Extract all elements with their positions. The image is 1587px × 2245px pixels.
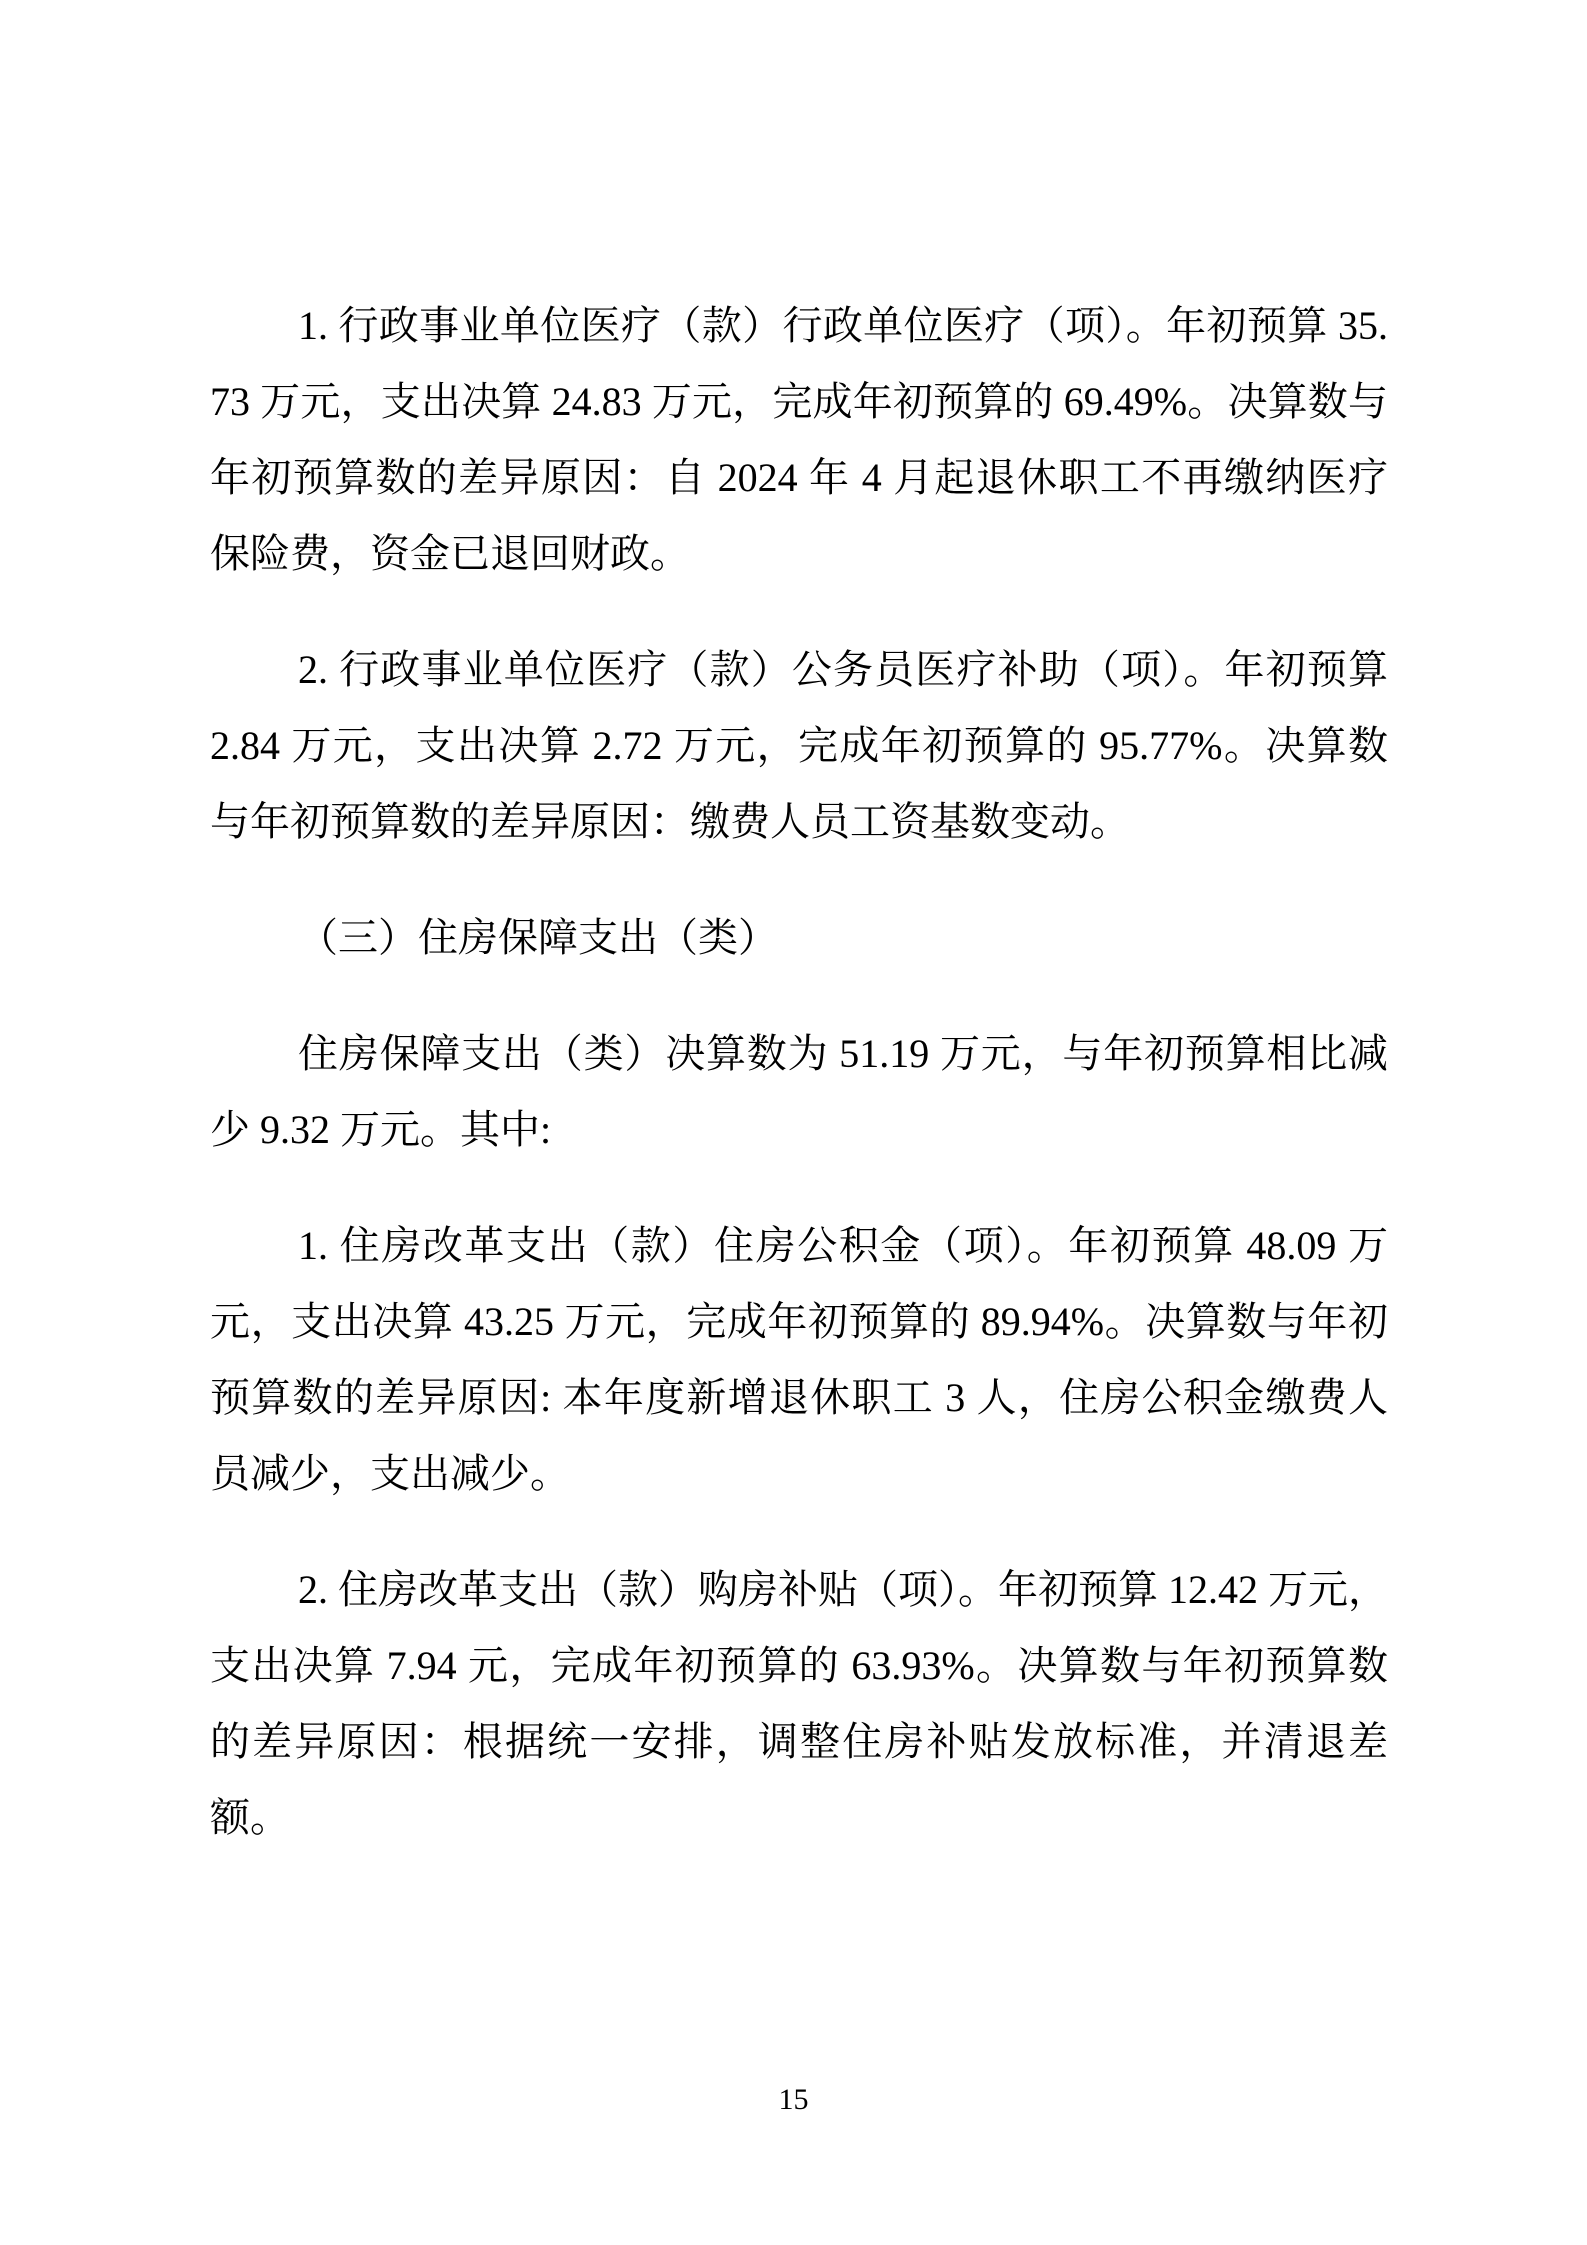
paragraph: 1. 住房改革支出（款）住房公积金（项）。年初预算 48.09 万元，支出决算 … bbox=[210, 1208, 1388, 1512]
page-number: 15 bbox=[0, 2082, 1587, 2118]
paragraph: 2. 行政事业单位医疗（款）公务员医疗补助（项）。年初预算 2.84 万元，支出… bbox=[210, 632, 1388, 860]
paragraph: 1. 行政事业单位医疗（款）行政单位医疗（项）。年初预算 35.73 万元，支出… bbox=[210, 288, 1388, 592]
paragraph: 住房保障支出（类）决算数为 51.19 万元，与年初预算相比减少 9.32 万元… bbox=[210, 1016, 1388, 1168]
paragraph: 2. 住房改革支出（款）购房补贴（项）。年初预算 12.42 万元，支出决算 7… bbox=[210, 1552, 1388, 1856]
document-page: 1. 行政事业单位医疗（款）行政单位医疗（项）。年初预算 35.73 万元，支出… bbox=[210, 0, 1388, 2245]
section-heading: （三）住房保障支出（类） bbox=[210, 900, 1388, 976]
document-body: 1. 行政事业单位医疗（款）行政单位医疗（项）。年初预算 35.73 万元，支出… bbox=[210, 0, 1388, 1856]
